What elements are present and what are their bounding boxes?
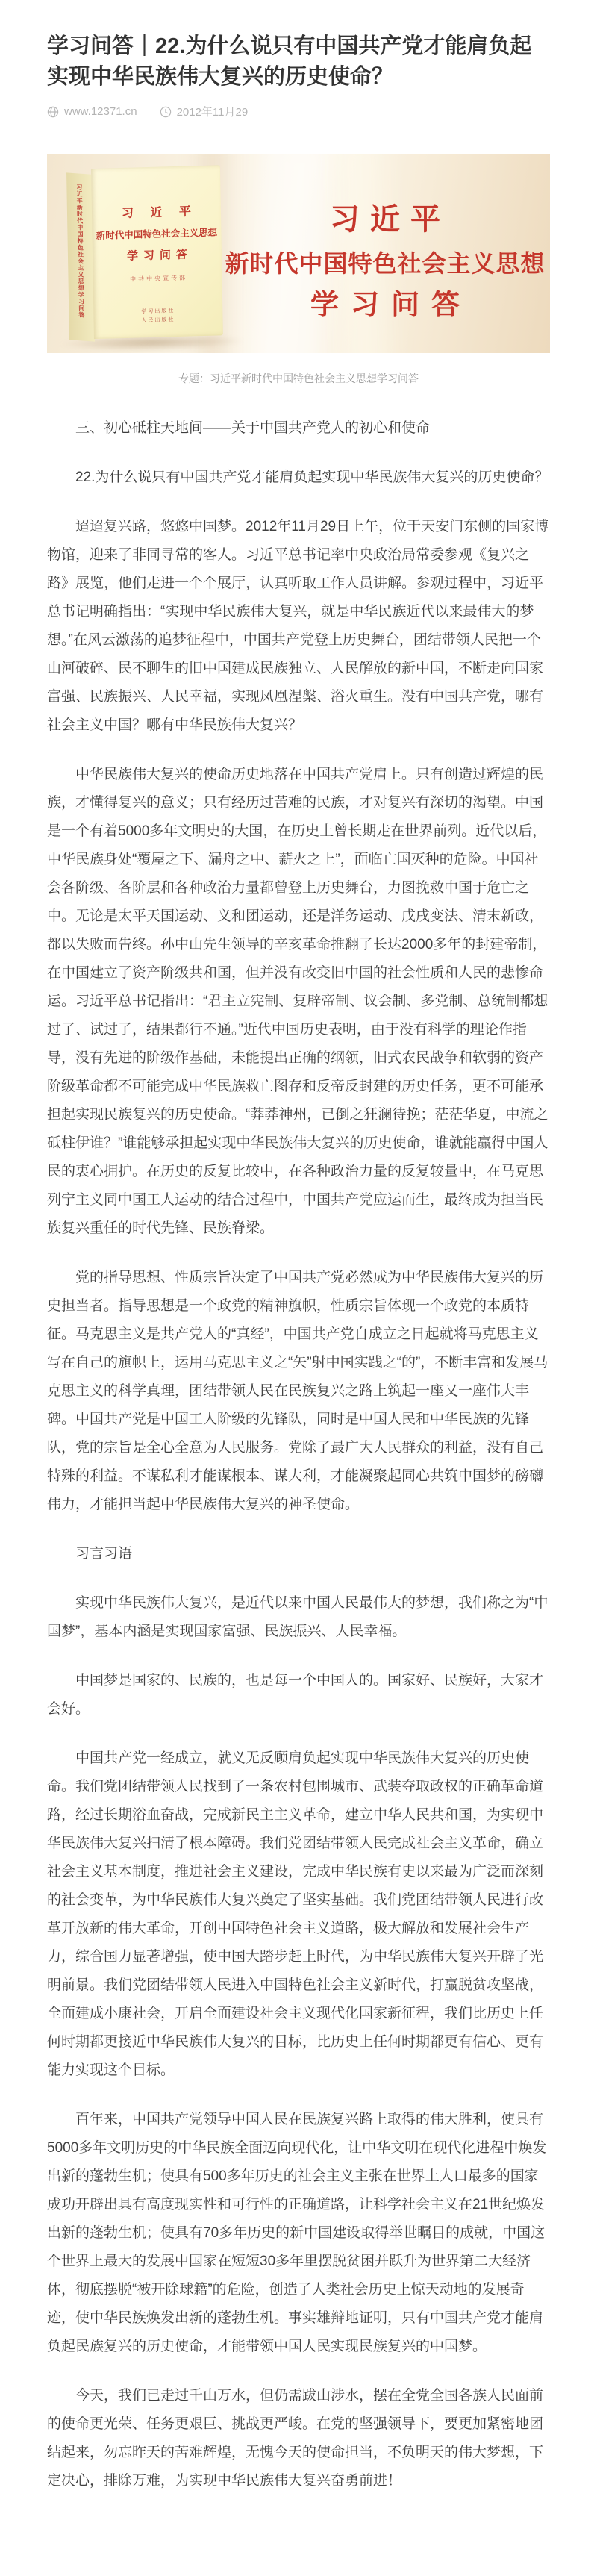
subheading-xiyan-xiyu: 习言习语 (47, 1540, 550, 1568)
banner-headline-line2: 新时代中国特色社会主义思想 (225, 252, 546, 275)
banner-caption-topic-link[interactable]: 专题：习近平新时代中国特色社会主义思想学习问答 (47, 371, 550, 386)
question-heading: 22.为什么说只有中国共产党才能肩负起实现中华民族伟大复兴的历史使命？ (47, 464, 550, 492)
page-title: 学习问答｜22.为什么说只有中国共产党才能肩负起实现中华民族伟大复兴的历史使命？ (47, 0, 550, 92)
banner-headline-line1: 习近平 (225, 205, 546, 234)
paragraph: 今天，我们已走过千山万水，但仍需跋山涉水，摆在全党全国各族人民面前的使命更光荣、… (47, 2382, 550, 2495)
article-body: 三、初心砥柱天地间——关于中国共产党人的初心和使命 22.为什么说只有中国共产党… (47, 414, 550, 2495)
banner-headline: 习近平 新时代中国特色社会主义思想 学习问答 (225, 205, 546, 319)
paragraph: 中国共产党一经成立，就义无反顾肩负起实现中华民族伟大复兴的历史使命。我们党团结带… (47, 1744, 550, 2085)
banner-headline-line3: 学习问答 (225, 291, 546, 319)
paragraph: 中华民族伟大复兴的使命历史地落在中国共产党肩上。只有创造过辉煌的民族，才懂得复兴… (47, 761, 550, 1243)
book-spine: 习近平新时代中国特色社会主义思想学习问答 (66, 173, 95, 342)
banner-image: 习近平新时代中国特色社会主义思想学习问答 习 近 平 新时代中国特色社会主义思想… (47, 154, 550, 353)
book-imprints: 学习出版社 人民出版社 (93, 306, 222, 328)
article-meta: www.12371.cn 2012年11月29 (47, 104, 550, 119)
book-spine-title: 习近平新时代中国特色社会主义思想学习问答 (75, 184, 86, 326)
book-front-cover: 习 近 平 新时代中国特色社会主义思想 学习问答 中共中央宣传部 学习出版社 人… (91, 166, 223, 340)
book-title-sub: 学习问答 (93, 245, 222, 264)
paragraph: 党的指导思想、性质宗旨决定了中国共产党必然成为中华民族伟大复兴的历史担当者。指导… (47, 1264, 550, 1519)
meta-source: www.12371.cn (47, 105, 137, 118)
section-heading: 三、初心砥柱天地间——关于中国共产党人的初心和使命 (47, 414, 550, 443)
globe-icon (47, 106, 59, 118)
clock-icon (160, 106, 172, 118)
meta-date: 2012年11月29 (160, 104, 249, 119)
book-cover-image: 习近平新时代中国特色社会主义思想学习问答 习 近 平 新时代中国特色社会主义思想… (66, 166, 223, 346)
book-publisher: 中共中央宣传部 (93, 272, 222, 284)
article-page: 学习问答｜22.为什么说只有中国共产党才能肩负起实现中华民族伟大复兴的历史使命？… (0, 0, 597, 2576)
book-title-main: 新时代中国特色社会主义思想 (92, 225, 221, 242)
paragraph: 实现中华民族伟大复兴，是近代以来中国人民最伟大的梦想，我们称之为“中国梦”，基本… (47, 1589, 550, 1646)
paragraph: 迢迢复兴路，悠悠中国梦。2012年11月29日上午，位于天安门东侧的国家博物馆，… (47, 513, 550, 740)
publish-date: 2012年11月29 (177, 104, 249, 119)
site-url: www.12371.cn (64, 105, 137, 118)
book-title-author: 习 近 平 (92, 201, 221, 222)
paragraph: 中国梦是国家的、民族的，也是每一个中国人的。国家好、民族好，大家才会好。 (47, 1667, 550, 1724)
paragraph: 百年来，中国共产党领导中国人民在民族复兴路上取得的伟大胜利，使具有5000多年文… (47, 2106, 550, 2361)
